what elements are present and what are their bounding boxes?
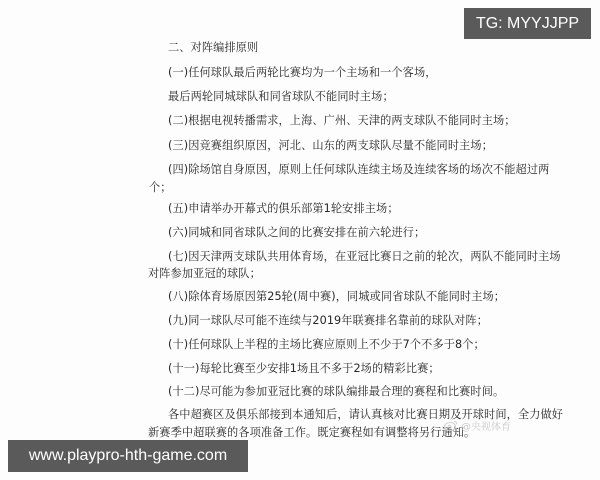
rule-9: (九)同一球队尽可能不连续与2019年联赛排名靠前的球队对阵； xyxy=(168,314,488,328)
rule-1: (一)任何球队最后两轮比赛均为一个主场和一个客场， xyxy=(168,66,437,80)
rule-2: (二)根据电视转播需求，上海、广州、天津的两支球队不能同时主场； xyxy=(168,114,516,128)
rule-5: (五)申请举办开幕式的俱乐部第1轮安排主场； xyxy=(168,202,399,216)
rule-4: (四)除场馆自身原因，原则上任何球队连续主场及连续客场的场次不能超过两 xyxy=(168,163,549,177)
rule-10: (十)任何球队上半程的主场比赛应原则上不少于7个不多于8个； xyxy=(168,338,485,352)
rule-3: (三)因竞赛组织原因，河北、山东的两支球队尽量不能同时主场； xyxy=(168,139,493,153)
watermark-text: @央视体育 xyxy=(461,418,511,433)
rule-6: (六)同城和同省球队之间的比赛安排在前六轮进行； xyxy=(168,226,425,240)
site-banner: www.playpro-hth-game.com xyxy=(8,440,248,472)
weibo-watermark: @央视体育 xyxy=(444,418,511,433)
rule-4-cont: 个； xyxy=(149,181,172,195)
rule-1-cont: 最后两轮同城球队和同省球队不能同时主场； xyxy=(168,90,394,104)
rule-12: (十二)尽可能为参加亚冠比赛的球队编排最合理的赛程和比赛时间。 xyxy=(168,385,504,399)
rule-8: (八)除体育场原因第25轮(周中赛)，同城或同省球队不能同时主场； xyxy=(168,290,505,304)
weibo-icon xyxy=(444,420,458,431)
rule-7-cont: 对阵参加亚冠的球队； xyxy=(148,267,261,281)
section-heading: 二、对阵编排原则 xyxy=(168,41,258,55)
tg-badge: TG: MYYJJPP xyxy=(464,8,591,39)
rule-7: (七)因天津两支球队共用体育场，在亚冠比赛日之前的轮次，两队不能同时主场 xyxy=(168,250,561,264)
rule-11: (十一)每轮比赛至少安排1场且不多于2场的精彩比赛； xyxy=(168,362,440,376)
document-page: 二、对阵编排原则 (一)任何球队最后两轮比赛均为一个主场和一个客场， 最后两轮同… xyxy=(0,0,600,480)
closing-paragraph-cont: 新赛季中超联赛的各项准备工作。既定赛程如有调整将另行通知。 xyxy=(148,426,475,440)
